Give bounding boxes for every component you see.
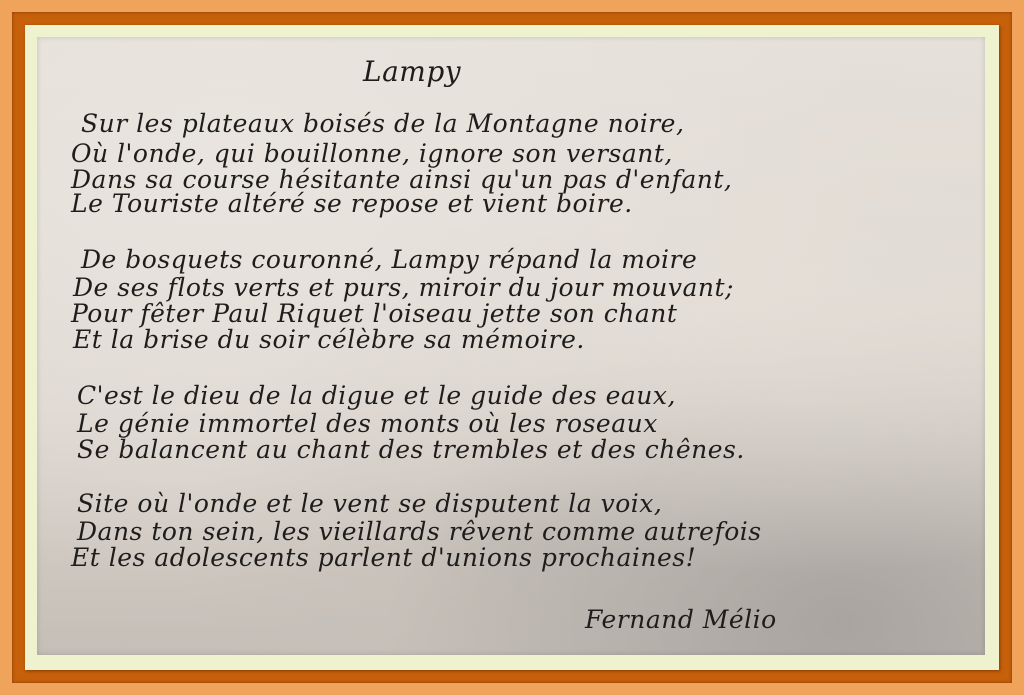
poem-line: Le Touriste altéré se repose et vient bo… — [71, 189, 633, 218]
poem-line: C'est le dieu de la digue et le guide de… — [77, 381, 676, 410]
poem-line: Dans ton sein, les vieillards rêvent com… — [77, 517, 762, 546]
poem-line: Et les adolescents parlent d'unions proc… — [71, 543, 696, 572]
handwritten-page: Lampy Sur les plateaux boisés de la Mont… — [37, 37, 985, 655]
poem-line: Le génie immortel des monts où les rosea… — [77, 409, 658, 438]
frame-mat: Lampy Sur les plateaux boisés de la Mont… — [25, 25, 999, 670]
poem-line: Où l'onde, qui bouillonne, ignore son ve… — [71, 139, 673, 168]
poem-line: Sur les plateaux boisés de la Montagne n… — [81, 109, 684, 138]
poem-line: Se balancent au chant des trembles et de… — [77, 435, 745, 464]
poem-line: Site où l'onde et le vent se disputent l… — [77, 489, 662, 518]
poem-line: De ses flots verts et purs, miroir du jo… — [73, 273, 734, 302]
poem-line: Pour fêter Paul Riquet l'oiseau jette so… — [71, 299, 677, 328]
signature: Fernand Mélio — [585, 605, 777, 634]
picture-frame: Lampy Sur les plateaux boisés de la Mont… — [12, 12, 1012, 683]
poem-line: De bosquets couronné, Lampy répand la mo… — [81, 245, 697, 274]
poem-line: Et la brise du soir célèbre sa mémoire. — [73, 325, 585, 354]
poem-title: Lampy — [363, 55, 461, 88]
